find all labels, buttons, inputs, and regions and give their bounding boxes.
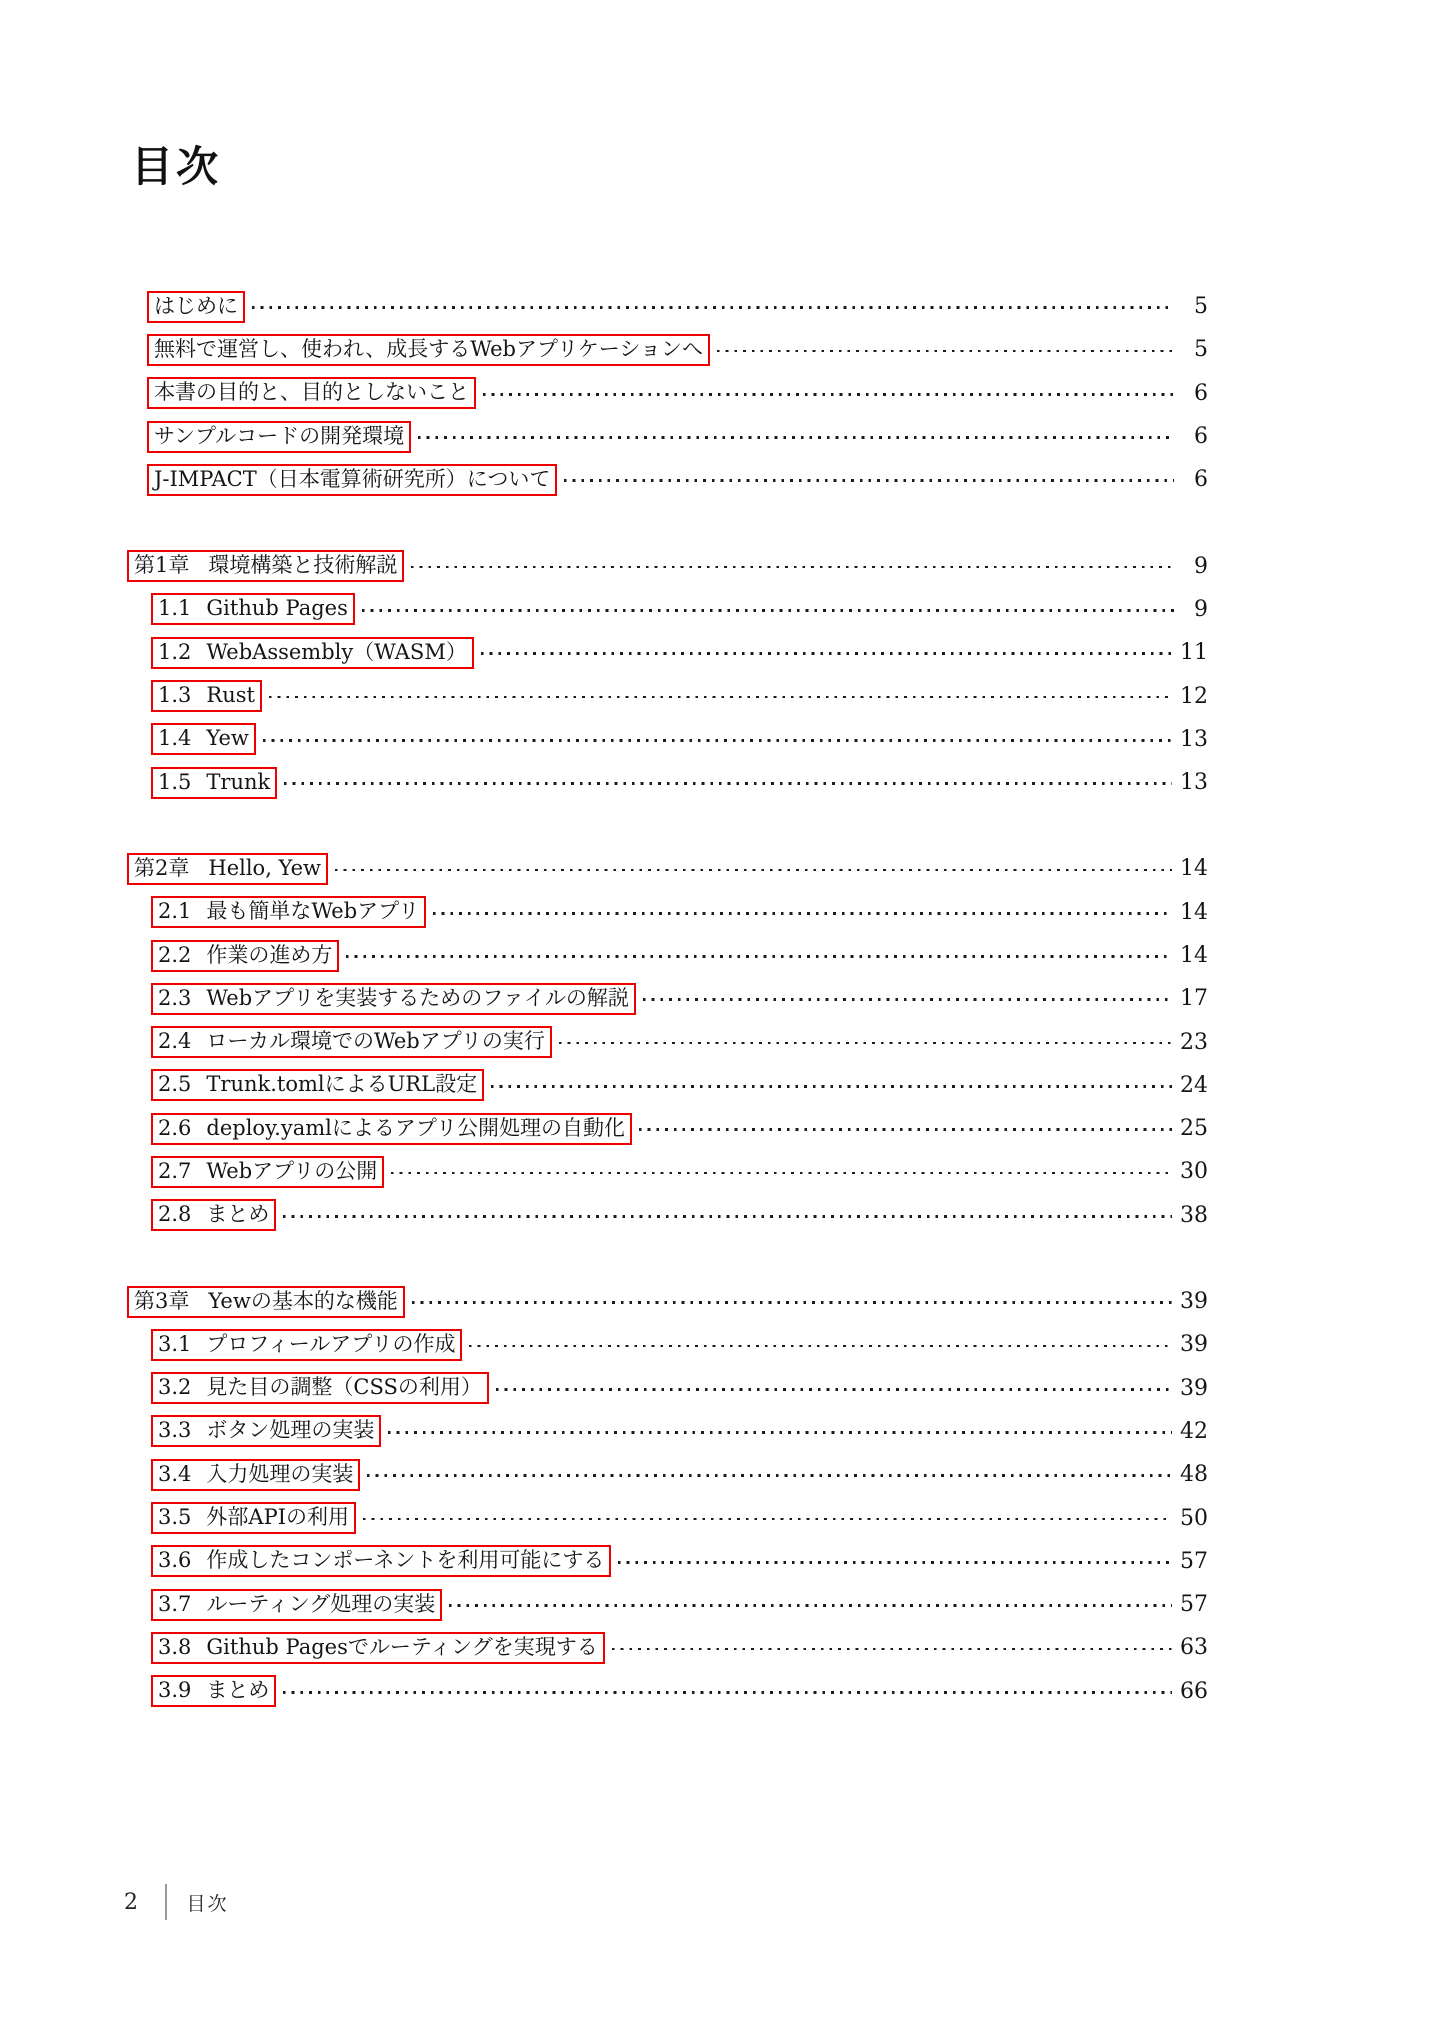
toc-entry: 第3章Yewの基本的な機能 39: [0, 1280, 1208, 1323]
toc-entry-label: 作業の進め方: [206, 943, 332, 968]
toc-link[interactable]: 1.2WebAssembly（WASM）: [151, 637, 474, 669]
chapter-number: 第1章: [134, 553, 189, 578]
toc-entry: 2.6deploy.yamlによるアプリ公開処理の自動化 25: [0, 1107, 1208, 1150]
toc-entry: 2.2作業の進め方 14: [0, 934, 1208, 977]
toc-entry: 3.3ボタン処理の実装 42: [0, 1410, 1208, 1453]
toc-entry-label: 外部APIの利用: [206, 1505, 349, 1530]
toc-entry: 1.5Trunk 13: [0, 761, 1208, 804]
toc-page-number: 12: [1180, 684, 1208, 709]
toc-entry: 3.1プロフィールアプリの作成 39: [0, 1323, 1208, 1366]
toc-entry-label: 環境構築と技術解説: [208, 553, 397, 578]
toc-page-number: 25: [1180, 1116, 1208, 1141]
dot-leader: [362, 609, 1174, 612]
toc-entry-label: 作成したコンポーネントを利用可能にする: [206, 1548, 604, 1573]
toc-page-number: 14: [1180, 856, 1208, 881]
toc-page-number: 14: [1180, 900, 1208, 925]
toc-page-number: 63: [1180, 1635, 1208, 1660]
toc-entry: 1.4Yew 13: [0, 718, 1208, 761]
pdf-toc-page: { "page": { "title": "目次", "footer": { "…: [0, 0, 1433, 2024]
toc-link[interactable]: 2.1最も簡単なWebアプリ: [151, 896, 426, 928]
toc-page-number: 11: [1180, 640, 1208, 665]
section-number: 3.6: [158, 1548, 191, 1573]
toc-link[interactable]: 2.3Webアプリを実装するためのファイルの解説: [151, 983, 636, 1015]
dot-leader: [411, 566, 1174, 569]
toc-entry: サンプルコードの開発環境 6: [0, 415, 1208, 458]
toc-page-number: 38: [1180, 1203, 1208, 1228]
toc-entry-label: 最も簡単なWebアプリ: [206, 899, 419, 924]
toc-entry-label: ルーティング処理の実装: [206, 1592, 435, 1617]
dot-leader: [367, 1474, 1172, 1477]
toc-link[interactable]: 3.4入力処理の実装: [151, 1459, 360, 1491]
toc-link[interactable]: 1.3Rust: [151, 680, 262, 712]
dot-leader: [412, 1301, 1172, 1304]
footer-divider: [165, 1884, 167, 1920]
toc-entry-label: Hello, Yew: [208, 856, 321, 881]
toc-page-number: 24: [1180, 1073, 1208, 1098]
dot-leader: [283, 1691, 1172, 1694]
section-number: 3.7: [158, 1592, 191, 1617]
toc-link[interactable]: 2.4ローカル環境でのWebアプリの実行: [151, 1026, 552, 1058]
toc-link[interactable]: 1.4Yew: [151, 723, 256, 755]
toc-page-number: 39: [1180, 1289, 1208, 1314]
toc-page-number: 39: [1180, 1332, 1208, 1357]
toc-entry-label: Trunk: [206, 770, 270, 795]
toc-entry-label: 無料で運営し、使われ、成長するWebアプリケーションへ: [154, 337, 703, 362]
dot-leader: [433, 912, 1172, 915]
toc-entry-label: Rust: [206, 683, 255, 708]
dot-leader: [346, 955, 1172, 958]
toc-entry: 2.8まとめ 38: [0, 1194, 1208, 1237]
toc-page-number: 14: [1180, 943, 1208, 968]
section-number: 3.3: [158, 1418, 191, 1443]
section-number: 1.1: [158, 596, 191, 621]
table-of-contents: はじめに 5 無料で運営し、使われ、成長するWebアプリケーションへ 5 本書の…: [0, 285, 1208, 1713]
toc-entry-label: WebAssembly（WASM）: [206, 640, 466, 665]
dot-leader: [559, 1042, 1172, 1045]
section-number: 3.5: [158, 1505, 191, 1530]
toc-page-number: 66: [1180, 1679, 1208, 1704]
toc-entry-label: Yew: [206, 726, 248, 751]
section-number: 1.5: [158, 770, 191, 795]
dot-leader: [335, 869, 1172, 872]
toc-entry: 第1章環境構築と技術解説 9: [0, 544, 1208, 587]
toc-page-number: 42: [1180, 1419, 1208, 1444]
dot-leader: [283, 1215, 1172, 1218]
section-number: 1.3: [158, 683, 191, 708]
toc-entry: はじめに 5: [0, 285, 1208, 328]
toc-entry-label: J-IMPACT（日本電算術研究所）について: [154, 467, 550, 492]
toc-entry-label: Yewの基本的な機能: [208, 1289, 397, 1314]
dot-leader: [564, 479, 1174, 482]
toc-link[interactable]: 2.8まとめ: [151, 1199, 276, 1231]
toc-link[interactable]: 2.7Webアプリの公開: [151, 1156, 384, 1188]
toc-page-number: 5: [1182, 294, 1208, 319]
toc-entry-label: 本書の目的と、目的としないこと: [154, 380, 469, 405]
section-number: 2.1: [158, 899, 191, 924]
page-title: 目次: [131, 134, 221, 194]
toc-entry-label: まとめ: [206, 1678, 269, 1703]
dot-leader: [496, 1388, 1172, 1391]
toc-entry: J-IMPACT（日本電算術研究所）について 6: [0, 458, 1208, 501]
toc-page-number: 57: [1180, 1592, 1208, 1617]
toc-link[interactable]: 第1章環境構築と技術解説: [127, 550, 404, 582]
section-number: 2.8: [158, 1202, 191, 1227]
toc-link[interactable]: 3.9まとめ: [151, 1675, 276, 1707]
toc-link[interactable]: 3.8Github Pagesでルーティングを実現する: [151, 1632, 605, 1664]
section-number: 2.7: [158, 1159, 191, 1184]
toc-link[interactable]: 1.1Github Pages: [151, 593, 355, 625]
toc-entry: 3.7ルーティング処理の実装 57: [0, 1583, 1208, 1626]
section-number: 2.6: [158, 1116, 191, 1141]
toc-entry-label: 見た目の調整（CSSの利用）: [206, 1375, 481, 1400]
toc-page-number: 13: [1180, 770, 1208, 795]
toc-link[interactable]: サンプルコードの開発環境: [147, 421, 411, 453]
dot-leader: [263, 739, 1172, 742]
section-number: 1.4: [158, 726, 191, 751]
toc-entry-label: はじめに: [154, 294, 238, 319]
chapter-number: 第3章: [134, 1289, 189, 1314]
toc-page-number: 6: [1182, 424, 1208, 449]
toc-entry-label: Webアプリの公開: [206, 1159, 377, 1184]
toc-link[interactable]: 2.2作業の進め方: [151, 940, 339, 972]
toc-entry: 1.2WebAssembly（WASM） 11: [0, 631, 1208, 674]
dot-leader: [612, 1648, 1172, 1651]
footer-page-number: 2: [124, 1890, 138, 1915]
toc-entry-label: Webアプリを実装するためのファイルの解説: [206, 986, 628, 1011]
toc-entry-label: Github Pagesでルーティングを実現する: [206, 1635, 597, 1660]
toc-entry-label: deploy.yamlによるアプリ公開処理の自動化: [206, 1116, 625, 1141]
toc-page-number: 6: [1182, 467, 1208, 492]
toc-entry: 1.3Rust 12: [0, 674, 1208, 717]
toc-page-number: 9: [1182, 597, 1208, 622]
toc-entry-label: サンプルコードの開発環境: [154, 424, 404, 449]
toc-link[interactable]: 無料で運営し、使われ、成長するWebアプリケーションへ: [147, 334, 710, 366]
toc-entry: 3.2見た目の調整（CSSの利用） 39: [0, 1367, 1208, 1410]
toc-link[interactable]: はじめに: [147, 291, 245, 323]
footer-section-label: 目次: [187, 1889, 229, 1916]
toc-entry: 3.8Github Pagesでルーティングを実現する 63: [0, 1626, 1208, 1669]
dot-leader: [363, 1518, 1172, 1521]
toc-page-number: 48: [1180, 1462, 1208, 1487]
toc-entry: 3.9まとめ 66: [0, 1670, 1208, 1713]
section-number: 3.8: [158, 1635, 191, 1660]
toc-entry: 3.4入力処理の実装 48: [0, 1453, 1208, 1496]
section-number: 1.2: [158, 640, 191, 665]
dot-leader: [252, 306, 1174, 309]
section-number: 2.4: [158, 1029, 191, 1054]
dot-leader: [717, 350, 1174, 353]
toc-link[interactable]: 3.3ボタン処理の実装: [151, 1415, 381, 1447]
toc-entry: 2.4ローカル環境でのWebアプリの実行 23: [0, 1020, 1208, 1063]
toc-entry: 3.6作成したコンポーネントを利用可能にする 57: [0, 1540, 1208, 1583]
toc-page-number: 39: [1180, 1376, 1208, 1401]
toc-entry-label: Trunk.tomlによるURL設定: [206, 1072, 477, 1097]
toc-link[interactable]: 第2章Hello, Yew: [127, 853, 328, 885]
toc-link[interactable]: 3.1プロフィールアプリの作成: [151, 1329, 462, 1361]
toc-entry-label: Github Pages: [206, 596, 347, 621]
toc-entry-label: ローカル環境でのWebアプリの実行: [206, 1029, 544, 1054]
toc-entry-label: まとめ: [206, 1202, 269, 1227]
section-number: 2.3: [158, 986, 191, 1011]
toc-page-number: 23: [1180, 1030, 1208, 1055]
toc-link[interactable]: J-IMPACT（日本電算術研究所）について: [147, 464, 557, 496]
toc-entry: 第2章Hello, Yew 14: [0, 847, 1208, 890]
section-number: 2.5: [158, 1072, 191, 1097]
section-number: 2.2: [158, 943, 191, 968]
chapter-number: 第2章: [134, 856, 189, 881]
toc-link[interactable]: 1.5Trunk: [151, 767, 277, 799]
dot-leader: [388, 1431, 1172, 1434]
toc-page-number: 30: [1180, 1159, 1208, 1184]
dot-leader: [481, 652, 1172, 655]
toc-entry: 3.5外部APIの利用 50: [0, 1496, 1208, 1539]
toc-link[interactable]: 3.6作成したコンポーネントを利用可能にする: [151, 1545, 611, 1577]
toc-entry: 1.1Github Pages 9: [0, 588, 1208, 631]
dot-leader: [469, 1345, 1172, 1348]
dot-leader: [269, 696, 1172, 699]
toc-link[interactable]: 第3章Yewの基本的な機能: [127, 1286, 405, 1318]
toc-entry: 無料で運営し、使われ、成長するWebアプリケーションへ 5: [0, 328, 1208, 371]
toc-entry-label: プロフィールアプリの作成: [206, 1332, 455, 1357]
dot-leader: [391, 1172, 1172, 1175]
toc-entry-label: 入力処理の実装: [206, 1462, 353, 1487]
dot-leader: [449, 1604, 1172, 1607]
toc-page-number: 50: [1180, 1506, 1208, 1531]
toc-page-number: 9: [1182, 554, 1208, 579]
toc-link[interactable]: 3.7ルーティング処理の実装: [151, 1589, 442, 1621]
dot-leader: [491, 1085, 1172, 1088]
toc-link[interactable]: 2.6deploy.yamlによるアプリ公開処理の自動化: [151, 1113, 632, 1145]
dot-leader: [643, 998, 1172, 1001]
toc-page-number: 57: [1180, 1549, 1208, 1574]
toc-link[interactable]: 2.5Trunk.tomlによるURL設定: [151, 1069, 484, 1101]
dot-leader: [284, 782, 1172, 785]
dot-leader: [618, 1561, 1172, 1564]
toc-entry: 2.3Webアプリを実装するためのファイルの解説 17: [0, 977, 1208, 1020]
section-number: 3.9: [158, 1678, 191, 1703]
toc-link[interactable]: 3.2見た目の調整（CSSの利用）: [151, 1372, 489, 1404]
section-number: 3.4: [158, 1462, 191, 1487]
toc-entry: 2.7Webアプリの公開 30: [0, 1150, 1208, 1193]
section-number: 3.2: [158, 1375, 191, 1400]
toc-page-number: 13: [1180, 727, 1208, 752]
dot-leader: [639, 1128, 1172, 1131]
toc-page-number: 5: [1182, 337, 1208, 362]
dot-leader: [418, 436, 1174, 439]
toc-link[interactable]: 3.5外部APIの利用: [151, 1502, 356, 1534]
dot-leader: [483, 393, 1174, 396]
toc-page-number: 17: [1180, 986, 1208, 1011]
toc-entry: 本書の目的と、目的としないこと 6: [0, 372, 1208, 415]
toc-entry-label: ボタン処理の実装: [206, 1418, 374, 1443]
toc-page-number: 6: [1182, 381, 1208, 406]
toc-entry: 2.5Trunk.tomlによるURL設定 24: [0, 1064, 1208, 1107]
toc-entry: 2.1最も簡単なWebアプリ 14: [0, 891, 1208, 934]
page-footer: 2 目次: [124, 1882, 229, 1922]
toc-link[interactable]: 本書の目的と、目的としないこと: [147, 377, 476, 409]
section-number: 3.1: [158, 1332, 191, 1357]
